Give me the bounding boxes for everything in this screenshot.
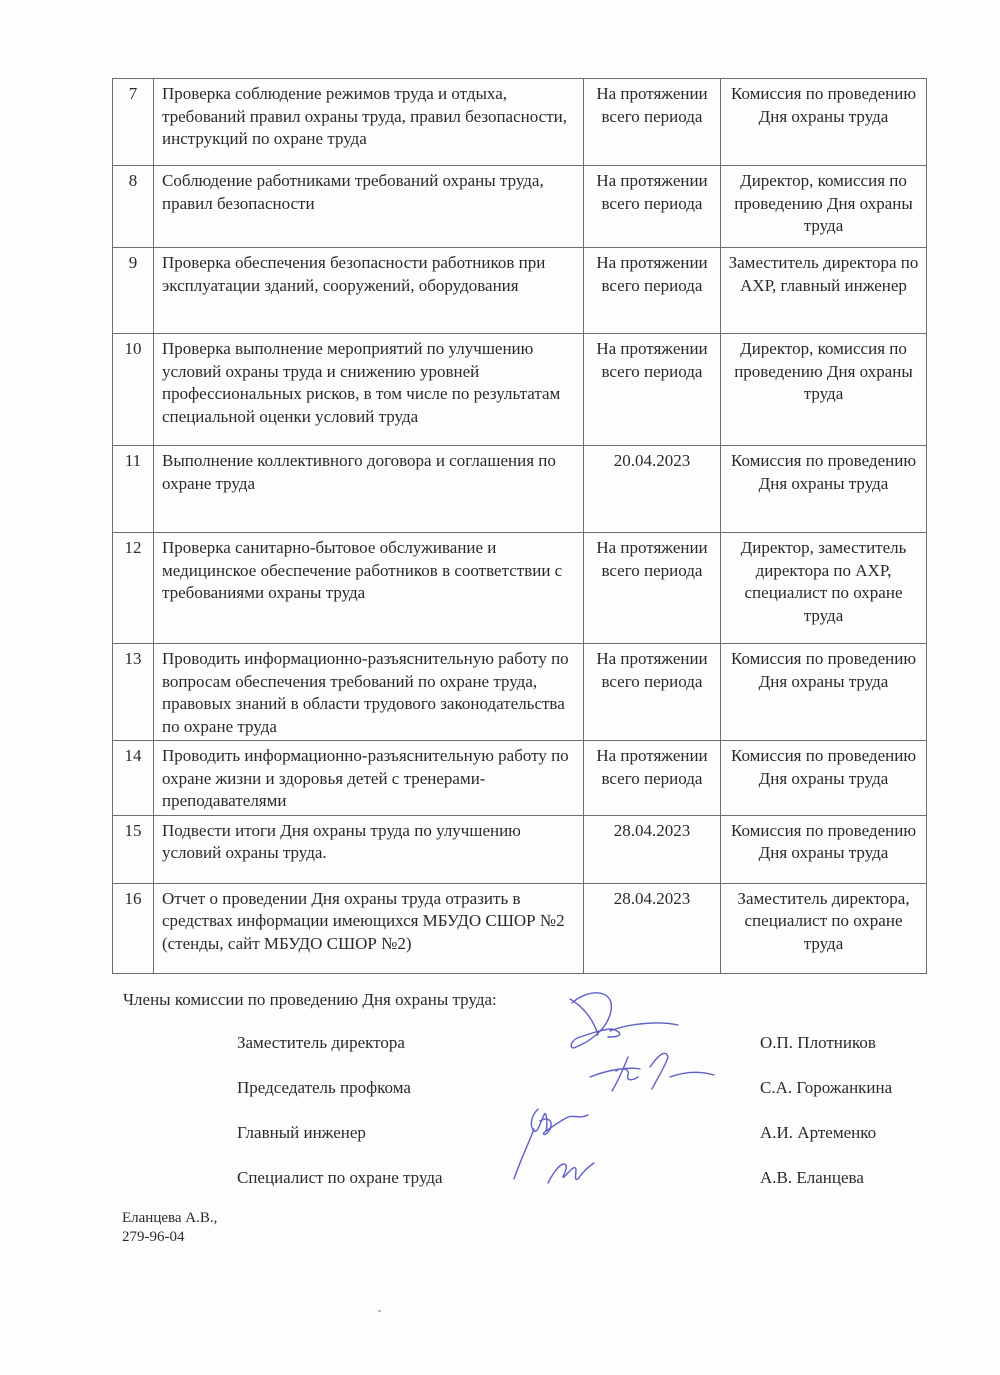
signature-elantseva — [548, 1163, 594, 1183]
row-responsible: Комиссия по проведению Дня охраны труда — [721, 644, 927, 741]
row-number: 9 — [113, 248, 154, 334]
scan-artifact — [378, 1310, 381, 1312]
member-name: А.И. Артеменко — [760, 1123, 876, 1143]
member-name: С.А. Горожанкина — [760, 1078, 892, 1098]
row-number: 11 — [113, 446, 154, 533]
action-plan-table: 7 Проверка соблюдение режимов труда и от… — [112, 78, 927, 974]
signature-gorozhankina — [590, 1053, 714, 1091]
row-action: Проверка обеспечения безопасности работн… — [154, 248, 584, 334]
row-action: Соблюдение работниками требований охраны… — [154, 166, 584, 248]
action-plan-body: 7 Проверка соблюдение режимов труда и от… — [113, 79, 927, 974]
row-action: Выполнение коллективного договора и согл… — [154, 446, 584, 533]
row-responsible: Директор, комиссия по проведению Дня охр… — [721, 334, 927, 446]
row-number: 12 — [113, 533, 154, 644]
row-term: На протяжении всего периода — [584, 741, 721, 816]
handwritten-signatures — [500, 985, 740, 1195]
row-number: 8 — [113, 166, 154, 248]
member-role: Специалист по охране труда — [237, 1168, 443, 1188]
row-term: На протяжении всего периода — [584, 79, 721, 166]
row-action: Проверка выполнение мероприятий по улучш… — [154, 334, 584, 446]
row-responsible: Комиссия по проведению Дня охраны труда — [721, 741, 927, 816]
table-row: 9 Проверка обеспечения безопасности рабо… — [113, 248, 927, 334]
table-row: 11 Выполнение коллективного договора и с… — [113, 446, 927, 533]
row-number: 13 — [113, 644, 154, 741]
row-action: Проводить информационно-разъяснительную … — [154, 741, 584, 816]
table-row: 13 Проводить информационно-разъяснительн… — [113, 644, 927, 741]
row-action: Проводить информационно-разъяснительную … — [154, 644, 584, 741]
contact-name: Еланцева А.В., — [122, 1209, 217, 1228]
row-term: На протяжении всего периода — [584, 248, 721, 334]
row-responsible: Комиссия по проведению Дня охраны труда — [721, 815, 927, 883]
row-number: 15 — [113, 815, 154, 883]
table-row: 10 Проверка выполнение мероприятий по ул… — [113, 334, 927, 446]
row-term: На протяжении всего периода — [584, 644, 721, 741]
member-role: Заместитель директора — [237, 1033, 405, 1053]
table-row: 15 Подвести итоги Дня охраны труда по ул… — [113, 815, 927, 883]
row-action: Проверка санитарно-бытовое обслуживание … — [154, 533, 584, 644]
row-term: На протяжении всего периода — [584, 533, 721, 644]
row-number: 10 — [113, 334, 154, 446]
table-row: 8 Соблюдение работниками требований охра… — [113, 166, 927, 248]
member-name: О.П. Плотников — [760, 1033, 876, 1053]
table-row: 14 Проводить информационно-разъяснительн… — [113, 741, 927, 816]
member-role: Председатель профкома — [237, 1078, 411, 1098]
row-number: 14 — [113, 741, 154, 816]
row-number: 7 — [113, 79, 154, 166]
row-term: 28.04.2023 — [584, 883, 721, 973]
row-action: Проверка соблюдение режимов труда и отды… — [154, 79, 584, 166]
signature-plotnikov — [570, 993, 678, 1048]
commission-title: Члены комиссии по проведению Дня охраны … — [123, 990, 497, 1010]
row-action: Подвести итоги Дня охраны труда по улучш… — [154, 815, 584, 883]
row-term: На протяжении всего периода — [584, 166, 721, 248]
member-role: Главный инженер — [237, 1123, 366, 1143]
table-row: 16 Отчет о проведении Дня охраны труда о… — [113, 883, 927, 973]
signature-artemenko — [514, 1109, 588, 1179]
row-term: 20.04.2023 — [584, 446, 721, 533]
row-responsible: Директор, заместитель директора по АХР, … — [721, 533, 927, 644]
contact-phone: 279-96-04 — [122, 1228, 217, 1247]
row-responsible: Комиссия по проведению Дня охраны труда — [721, 446, 927, 533]
member-name: А.В. Еланцева — [760, 1168, 864, 1188]
row-action: Отчет о проведении Дня охраны труда отра… — [154, 883, 584, 973]
contact-info: Еланцева А.В., 279-96-04 — [122, 1209, 217, 1247]
row-responsible: Заместитель директора по АХР, главный ин… — [721, 248, 927, 334]
table-row: 12 Проверка санитарно-бытовое обслуживан… — [113, 533, 927, 644]
row-term: 28.04.2023 — [584, 815, 721, 883]
row-number: 16 — [113, 883, 154, 973]
table-row: 7 Проверка соблюдение режимов труда и от… — [113, 79, 927, 166]
row-responsible: Директор, комиссия по проведению Дня охр… — [721, 166, 927, 248]
row-term: На протяжении всего периода — [584, 334, 721, 446]
row-responsible: Комиссия по проведению Дня охраны труда — [721, 79, 927, 166]
row-responsible: Заместитель директора, специалист по охр… — [721, 883, 927, 973]
